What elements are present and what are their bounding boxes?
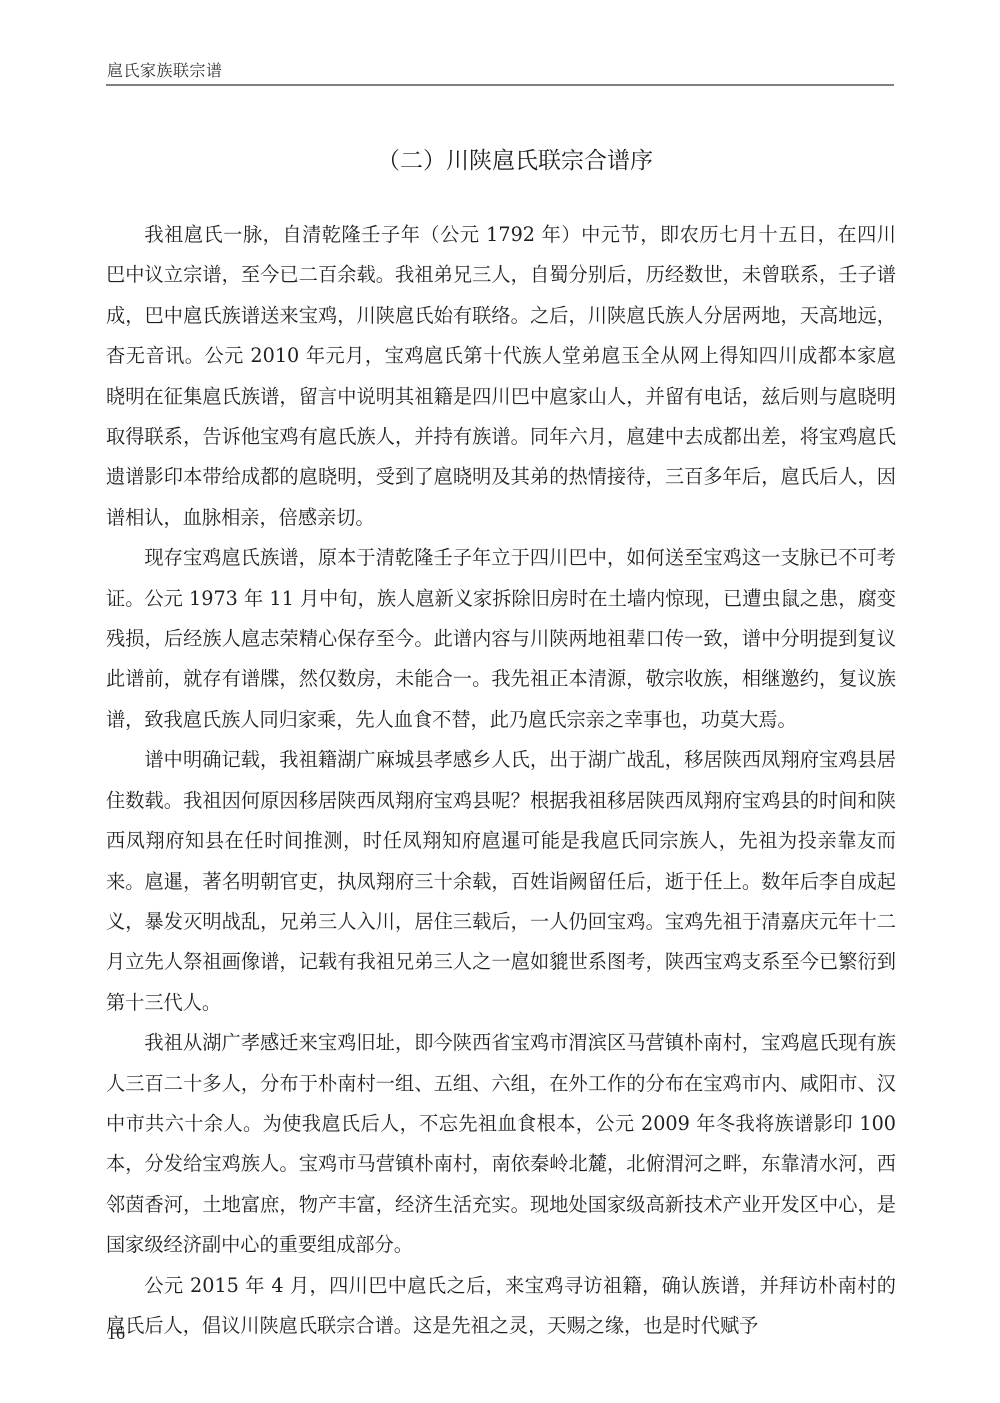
page-number: 16 bbox=[107, 1323, 125, 1344]
paragraph: 我祖从湖广孝感迁来宝鸡旧址，即今陕西省宝鸡市渭滨区马营镇朴南村，宝鸡扈氏现有族人… bbox=[106, 1023, 896, 1265]
paragraph: 我祖扈氏一脉，自清乾隆壬子年（公元 1792 年）中元节，即农历七月十五日，在四… bbox=[106, 215, 896, 538]
body-text: 我祖扈氏一脉，自清乾隆壬子年（公元 1792 年）中元节，即农历七月十五日，在四… bbox=[106, 215, 896, 1346]
paragraph: 公元 2015 年 4 月，四川巴中扈氏之后，来宝鸡寻访祖籍，确认族谱，并拜访朴… bbox=[106, 1266, 896, 1347]
document-page: 扈氏家族联宗谱 （二）川陕扈氏联宗合谱序 我祖扈氏一脉，自清乾隆壬子年（公元 1… bbox=[0, 0, 1000, 1403]
section-title: （二）川陕扈氏联宗合谱序 bbox=[0, 142, 1000, 175]
running-head: 扈氏家族联宗谱 bbox=[107, 58, 223, 81]
paragraph: 谱中明确记载，我祖籍湖广麻城县孝感乡人氏，出于湖广战乱，移居陕西凤翔府宝鸡县居住… bbox=[106, 740, 896, 1023]
header-rule bbox=[106, 84, 894, 86]
paragraph: 现存宝鸡扈氏族谱，原本于清乾隆壬子年立于四川巴中，如何送至宝鸡这一支脉已不可考证… bbox=[106, 538, 896, 740]
